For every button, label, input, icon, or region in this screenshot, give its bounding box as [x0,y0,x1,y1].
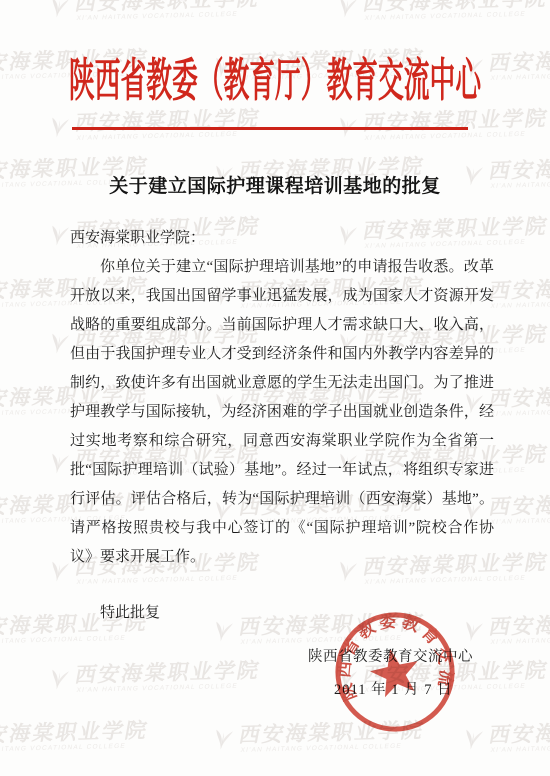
watermark-logo-icon [333,0,360,19]
star-icon [366,644,423,699]
watermark-text: 西安海棠职业学院 [487,611,550,638]
watermark-tile: 西安海棠职业学院XI'AN HAITANG VOCATIONAL COLLEGE [45,107,263,143]
watermark-text: 西安海棠职业学院 [361,107,550,134]
watermark-logo-icon [209,726,236,751]
red-divider-line [72,127,468,130]
watermark-logo-icon [45,450,72,475]
watermark-text: 西安海棠职业学院 [361,0,550,14]
watermark-tile: 西安海棠职业学院XI'AN HAITANG VOCATIONAL COLLEGE [0,719,150,755]
watermark-tile: 西安海棠职业学院XI'AN HAITANG VOCATIONAL COLLEGE [333,0,550,23]
watermark-logo-icon [45,114,72,139]
watermark-text: 西安海棠职业学院 [0,719,150,746]
watermark-logo-icon [45,330,72,355]
watermark-subtext: XI'AN HAITANG VOCATIONAL COLLEGE [490,634,550,646]
watermark-tile: 西安海棠职业学院XI'AN HAITANG VOCATIONAL COLLEGE [333,107,550,143]
watermark-subtext: XI'AN HAITANG VOCATIONAL COLLEGE [0,634,146,646]
watermark-text: 西安海棠职业学院 [487,719,550,746]
watermark-subtext: XI'AN HAITANG VOCATIONAL COLLEGE [76,682,258,694]
watermark-subtext: XI'AN HAITANG VOCATIONAL COLLEGE [364,130,546,142]
watermark-subtext: XI'AN HAITANG VOCATIONAL COLLEGE [240,742,422,754]
watermark-subtext: XI'AN HAITANG VOCATIONAL COLLEGE [490,298,550,310]
watermark-subtext: XI'AN HAITANG VOCATIONAL COLLEGE [364,10,546,22]
official-seal: 陕西省教委教育交流中心 [319,596,471,748]
letterhead: 陕西省教委（教育厅）教育交流中心 [0,52,550,108]
watermark-subtext: XI'AN HAITANG VOCATIONAL COLLEGE [0,742,146,754]
watermark-subtext: XI'AN HAITANG VOCATIONAL COLLEGE [76,10,258,22]
watermark-logo-icon [45,0,72,19]
watermark-text: 西安海棠职业学院 [73,659,262,686]
watermark-subtext: XI'AN HAITANG VOCATIONAL COLLEGE [490,742,550,754]
watermark-text: 西安海棠职业学院 [487,491,550,518]
watermark-text: 西安海棠职业学院 [487,275,550,302]
watermark-logo-icon [45,222,72,247]
watermark-tile: 西安海棠职业学院XI'AN HAITANG VOCATIONAL COLLEGE [45,0,263,23]
watermark-text: 西安海棠职业学院 [487,383,550,410]
body-paragraph: 你单位关于建立“国际护理培训基地”的申请报告收悉。改革开放以来，我国出国留学事业… [70,253,494,572]
letterhead-title: 陕西省教委（教育厅）教育交流中心 [69,52,481,108]
watermark-subtext: XI'AN HAITANG VOCATIONAL COLLEGE [490,514,550,526]
document-title: 关于建立国际护理课程培训基地的批复 [0,171,550,198]
watermark-logo-icon [45,558,72,583]
salutation: 西安海棠职业学院： [70,224,494,253]
watermark-logo-icon [459,726,486,751]
watermark-text: 西安海棠职业学院 [73,0,262,14]
watermark-subtext: XI'AN HAITANG VOCATIONAL COLLEGE [490,406,550,418]
document-page: 西安海棠职业学院XI'AN HAITANG VOCATIONAL COLLEGE… [0,0,550,776]
watermark-tile: 西安海棠职业学院XI'AN HAITANG VOCATIONAL COLLEGE [459,719,550,755]
watermark-subtext: XI'AN HAITANG VOCATIONAL COLLEGE [76,130,258,142]
document-body: 西安海棠职业学院： 你单位关于建立“国际护理培训基地”的申请报告收悉。改革开放以… [70,224,494,628]
watermark-text: 西安海棠职业学院 [73,107,262,134]
watermark-logo-icon [45,666,72,691]
watermark-tile: 西安海棠职业学院XI'AN HAITANG VOCATIONAL COLLEGE [45,659,263,695]
